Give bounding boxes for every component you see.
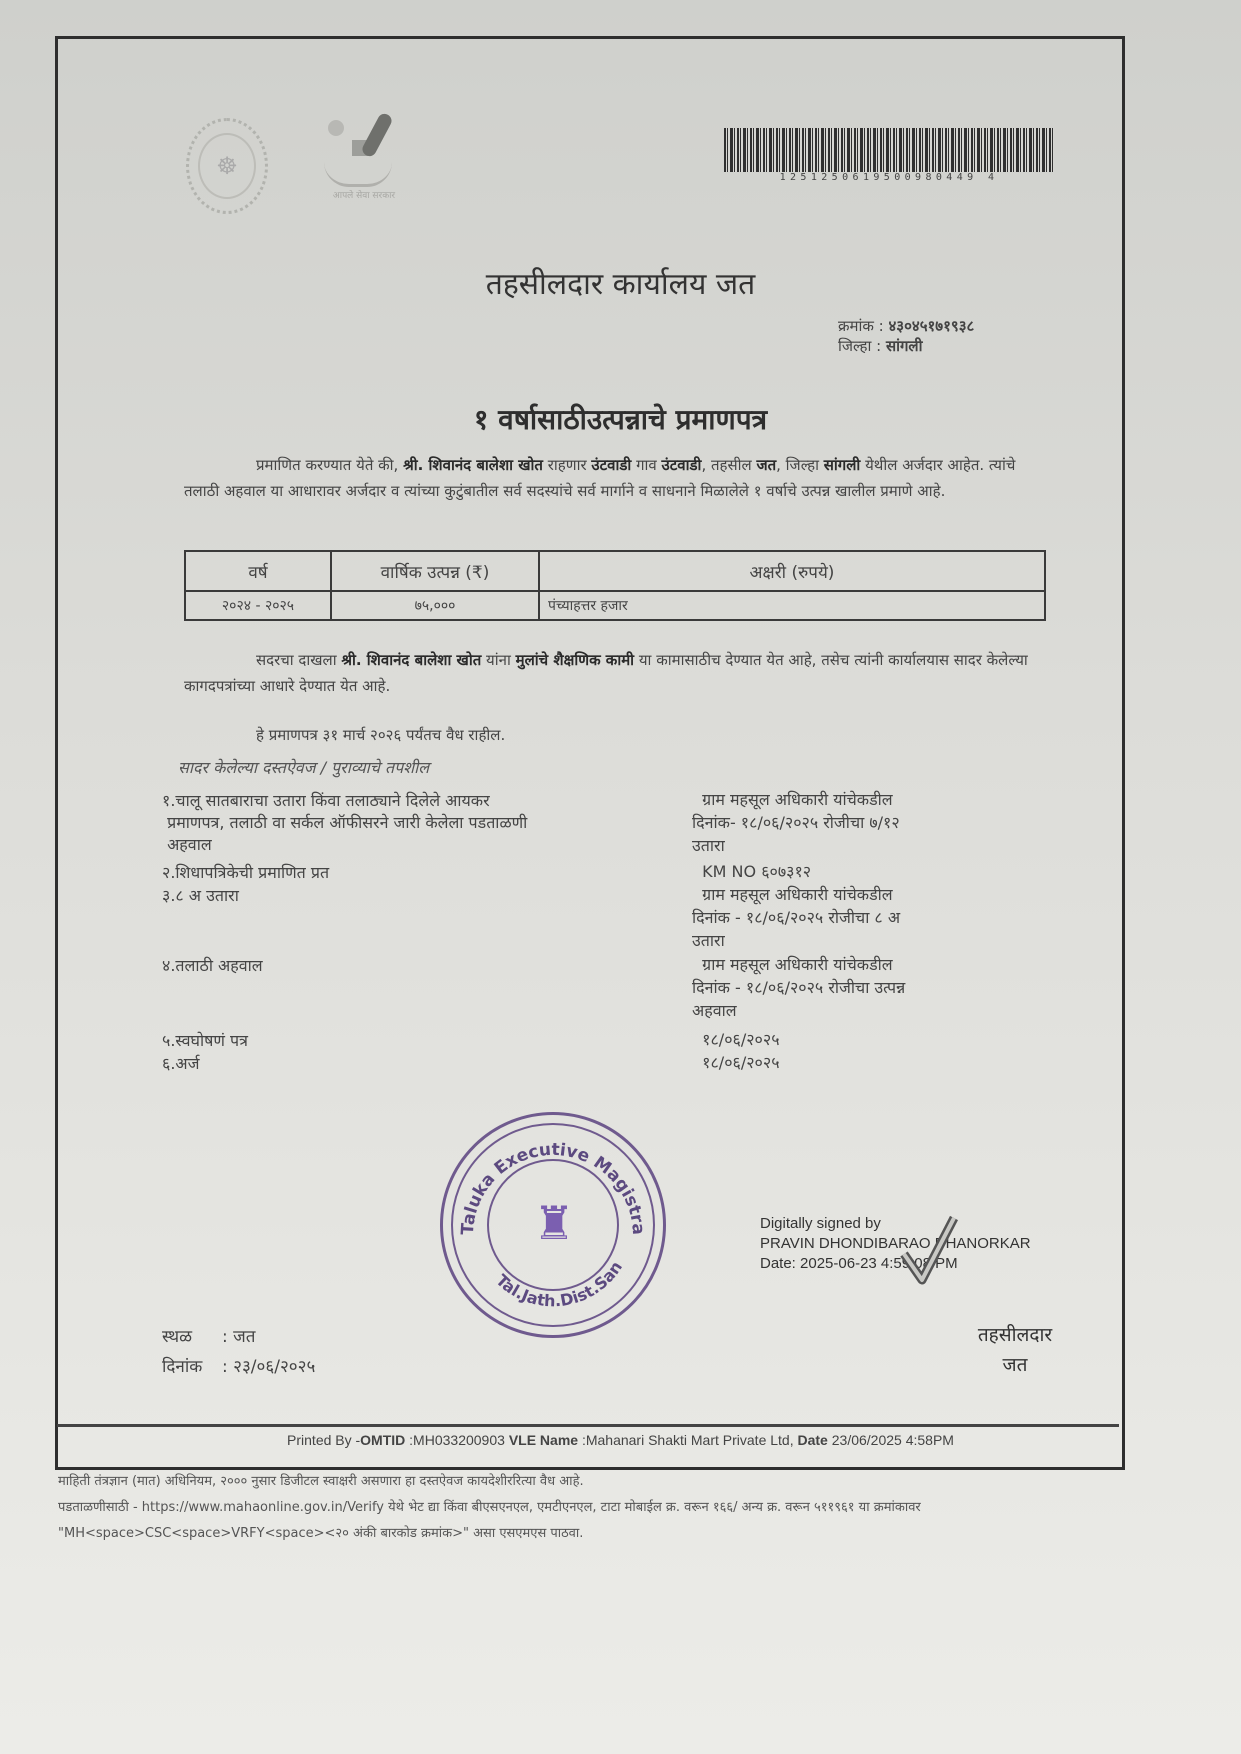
document-item-source: १८/०६/२०२५ bbox=[692, 1028, 1032, 1051]
document-source-line: १८/०६/२०२५ bbox=[692, 1028, 1032, 1051]
cell-year: २०२४ - २०२५ bbox=[185, 591, 331, 620]
purpose-paragraph: सदरचा दाखला श्री. शिवानंद बालेशा खोत यां… bbox=[184, 647, 1044, 699]
document-item-source: ग्राम महसूल अधिकारी यांचेकडीलदिनांक - १८… bbox=[692, 883, 1032, 952]
place-label: स्थळ bbox=[162, 1322, 222, 1352]
document-source-line: १८/०६/२०२५ bbox=[692, 1051, 1032, 1074]
footer-legal-note: माहिती तंत्रज्ञान (मात) अधिनियम, २००० नु… bbox=[58, 1470, 1218, 1494]
validity-text: हे प्रमाणपत्र ३१ मार्च २०२६ पर्यंतच वैध … bbox=[256, 726, 505, 744]
cell-annual-income: ७५,००० bbox=[331, 591, 539, 620]
document-item-line: ४.तलाठी अहवाल bbox=[162, 955, 263, 977]
document-item-line: ६.अर्ज bbox=[162, 1053, 200, 1075]
document-item-line: ५.स्वघोषणं पत्र bbox=[162, 1030, 248, 1052]
printed-by-label: Printed By - bbox=[287, 1432, 360, 1448]
omtid-label: OMTID bbox=[360, 1432, 405, 1448]
omtid-value: :MH033200903 bbox=[405, 1432, 509, 1448]
purpose-text: यांना bbox=[481, 651, 515, 669]
column-header-in-words: अक्षरी (रुपये) bbox=[539, 551, 1045, 591]
magistrate-stamp: Taluka Executive Magistrate, Jath Tal.Ja… bbox=[440, 1112, 666, 1338]
document-source-line: KM NO ६०७३१२ bbox=[692, 860, 1032, 883]
maharashtra-emblem-icon: ☸ bbox=[186, 118, 268, 214]
intro-text: प्रमाणित करण्यात येते की, bbox=[256, 456, 403, 474]
barcode-number: 1251250619500980449 4 bbox=[724, 172, 1054, 183]
printed-by-line: Printed By -OMTID :MH033200903 VLE Name … bbox=[0, 1432, 1241, 1448]
printed-by-divider bbox=[57, 1424, 1119, 1427]
document-source-line: दिनांक - १८/०६/२०२५ रोजीचा ८ अ bbox=[692, 906, 1032, 929]
place-value: : जत bbox=[222, 1327, 255, 1347]
document-source-line: उतारा bbox=[692, 929, 1032, 952]
document-item-source: ग्राम महसूल अधिकारी यांचेकडीलदिनांक - १८… bbox=[692, 953, 1032, 1022]
document-source-line: अहवाल bbox=[692, 999, 1032, 1022]
applicant-name: श्री. शिवानंद बालेशा खोत bbox=[341, 651, 481, 669]
income-table: वर्ष वार्षिक उत्पन्न (₹) अक्षरी (रुपये) … bbox=[184, 550, 1046, 621]
village-name: उंटवाडी bbox=[591, 456, 631, 474]
officer-title: तहसीलदार bbox=[960, 1320, 1070, 1350]
applicant-name: श्री. शिवानंद बालेशा खोत bbox=[403, 456, 543, 474]
cell-income-in-words: पंच्याहत्तर हजार bbox=[539, 591, 1045, 620]
document-item-line: १.चालू सातबाराचा उतारा किंवा तलाठ्याने द… bbox=[162, 790, 527, 812]
document-item-source: ग्राम महसूल अधिकारी यांचेकडीलदिनांक- १८/… bbox=[692, 788, 1032, 857]
validity-statement: हे प्रमाणपत्र ३१ मार्च २०२६ पर्यंतच वैध … bbox=[184, 722, 1044, 748]
purpose-text: सदरचा दाखला bbox=[256, 651, 341, 669]
date-label: दिनांक bbox=[162, 1352, 222, 1382]
logo-caption: आपले सेवा सरकार bbox=[326, 190, 402, 202]
certificate-meta: क्रमांक : ४३०४५१७१९३८ जिल्हा : सांगली bbox=[838, 316, 974, 356]
column-header-year: वर्ष bbox=[185, 551, 331, 591]
document-item-name: २.शिधापत्रिकेची प्रमाणित प्रत bbox=[162, 862, 329, 884]
document-item-name: १.चालू सातबाराचा उतारा किंवा तलाठ्याने द… bbox=[162, 790, 527, 856]
document-source-line: ग्राम महसूल अधिकारी यांचेकडील bbox=[692, 788, 1032, 811]
table-header-row: वर्ष वार्षिक उत्पन्न (₹) अक्षरी (रुपये) bbox=[185, 551, 1045, 591]
district-name: सांगली bbox=[824, 456, 861, 474]
intro-text: , तहसील bbox=[701, 456, 756, 474]
certificate-title: १ वर्षासाठीउत्पन्नाचे प्रमाणपत्र bbox=[0, 400, 1241, 438]
document-item-source: KM NO ६०७३१२ bbox=[692, 860, 1032, 883]
document-item-line: अहवाल bbox=[162, 834, 527, 856]
purpose: मुलांचे शैक्षणिक कामी bbox=[516, 651, 634, 669]
intro-paragraph: प्रमाणित करण्यात येते की, श्री. शिवानंद … bbox=[184, 452, 1044, 504]
document-item-name: ६.अर्ज bbox=[162, 1053, 200, 1075]
tehsil-name: जत bbox=[756, 456, 776, 474]
document-source-line: ग्राम महसूल अधिकारी यांचेकडील bbox=[692, 883, 1032, 906]
place-date-block: स्थळ: जत दिनांक: २३/०६/२०२५ bbox=[162, 1322, 315, 1382]
document-item-line: ३.८ अ उतारा bbox=[162, 885, 239, 907]
document-source-line: दिनांक - १८/०६/२०२५ रोजीचा उत्पन्न bbox=[692, 976, 1032, 999]
signature-line: Digitally signed by bbox=[760, 1214, 1031, 1234]
column-header-annual-income: वार्षिक उत्पन्न (₹) bbox=[331, 551, 539, 591]
document-item-source: १८/०६/२०२५ bbox=[692, 1051, 1032, 1074]
document-item-line: प्रमाणपत्र, तलाठी वा सर्कल ऑफीसरने जारी … bbox=[162, 812, 527, 834]
vle-label: VLE Name bbox=[509, 1432, 578, 1448]
document-source-line: ग्राम महसूल अधिकारी यांचेकडील bbox=[692, 953, 1032, 976]
serial-number: ४३०४५१७१९३८ bbox=[889, 317, 975, 335]
print-date-label: Date bbox=[798, 1432, 828, 1448]
vle-value: :Mahanari Shakti Mart Private Ltd, bbox=[578, 1432, 797, 1448]
gaon-name: उंटवाडी bbox=[662, 456, 702, 474]
print-date-value: 23/06/2025 4:58PM bbox=[828, 1432, 954, 1448]
intro-text: राहणार bbox=[543, 456, 591, 474]
officer-location: जत bbox=[960, 1350, 1070, 1380]
document-item-name: ३.८ अ उतारा bbox=[162, 885, 239, 907]
office-title: तहसीलदार कार्यालय जत bbox=[0, 262, 1241, 303]
digital-signature: Digitally signed by PRAVIN DHONDIBARAO D… bbox=[760, 1214, 1031, 1274]
footer-verify-note: पडताळणीसाठी - https://www.mahaonline.gov… bbox=[58, 1496, 1218, 1520]
intro-text: , जिल्हा bbox=[776, 456, 824, 474]
footer-sms-format: "MH<space>CSC<space>VRFY<space><२० अंकी … bbox=[58, 1522, 1218, 1546]
aaple-sarkar-logo-icon: आपले सेवा सरकार bbox=[318, 106, 404, 226]
documents-section-title: सादर केलेल्या दस्तऐवज / पुराव्याचे तपशील bbox=[178, 756, 429, 778]
signer-name: PRAVIN DHONDIBARAO DHANORKAR bbox=[760, 1234, 1031, 1254]
document-source-line: दिनांक- १८/०६/२०२५ रोजीचा ७/१२ bbox=[692, 811, 1032, 834]
signature-date: Date: 2025-06-23 4:59:08 PM bbox=[760, 1254, 1031, 1274]
district-value: सांगली bbox=[886, 337, 923, 355]
district-label: जिल्हा : bbox=[838, 337, 881, 355]
ashoka-emblem-icon: ♜ bbox=[527, 1183, 581, 1263]
document-item-line: २.शिधापत्रिकेची प्रमाणित प्रत bbox=[162, 862, 329, 884]
date-value: : २३/०६/२०२५ bbox=[222, 1357, 315, 1377]
document-item-name: ४.तलाठी अहवाल bbox=[162, 955, 263, 977]
document-source-line: उतारा bbox=[692, 834, 1032, 857]
serial-label: क्रमांक : bbox=[838, 317, 884, 335]
intro-text: गाव bbox=[631, 456, 661, 474]
officer-designation: तहसीलदार जत bbox=[960, 1320, 1070, 1380]
document-item-name: ५.स्वघोषणं पत्र bbox=[162, 1030, 248, 1052]
table-row: २०२४ - २०२५ ७५,००० पंच्याहत्तर हजार bbox=[185, 591, 1045, 620]
barcode bbox=[724, 128, 1054, 172]
signature-valid-check-icon bbox=[900, 1210, 960, 1290]
